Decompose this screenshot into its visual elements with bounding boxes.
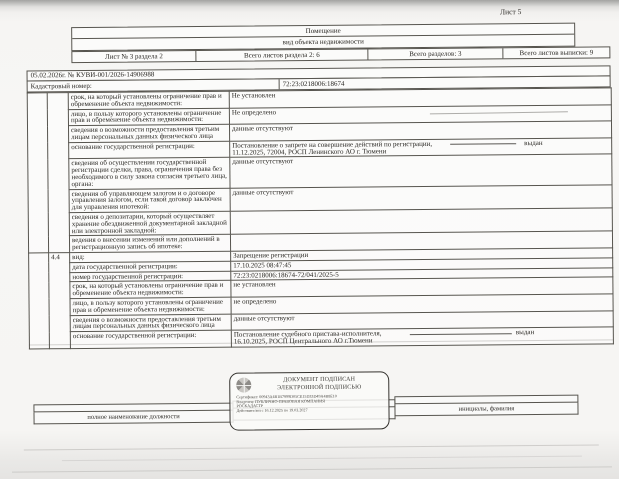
row-label: основание государственной регистрации: [70, 330, 231, 348]
position-label: полное наименование должности [33, 411, 233, 425]
row-value: данные отсутствуют [230, 154, 612, 188]
registration-table: срок, на который установлены ограничение… [27, 87, 614, 349]
scan-artifact-line [430, 111, 568, 114]
row-label: срок, на который установлены ограничение… [70, 281, 231, 299]
row-label: сведения об управляющем залогом и о дого… [69, 188, 230, 213]
section-number-cell: 4.4 [49, 253, 71, 349]
row-label: основание государственной регистрации: [69, 141, 230, 159]
row-label: лицо, в пользу которого установлены огра… [70, 297, 231, 315]
section-index-cell [27, 93, 48, 253]
scan-artifact-line [62, 456, 582, 462]
row-label: ведения о внесении изменений или дополне… [69, 235, 230, 253]
sheets-in-section: Всего листов раздела 2: 6 [196, 49, 368, 61]
row-label: сведения об осуществлении государственно… [69, 158, 230, 190]
total-sheets: Всего листов выписки: 9 [503, 47, 609, 58]
sheet-info: Лист № 3 раздела 2 [72, 51, 196, 62]
row-label: срок, на который установлены ограничение… [68, 91, 229, 109]
row-label: сведения о депозитарии, который осуществ… [69, 211, 230, 236]
section-number-cell [47, 93, 69, 253]
scan-artifact-line [12, 466, 612, 472]
roskadastr-logo-icon [236, 378, 251, 393]
stamp-validity: Действителен с 16.12.2025 по 19.03.2027 [236, 408, 382, 414]
scan-artifact-line [24, 444, 599, 450]
section-index-cell [29, 253, 50, 349]
row-value: данные отсутствуют [230, 184, 612, 211]
row-label: лицо, в пользу которого установлены огра… [68, 108, 229, 126]
scanned-document: Лист 5 Помещение вид объекта недвижимост… [0, 0, 619, 479]
row-value: Постановление судебного пристава-исполни… [231, 327, 613, 347]
row-label: сведения о возможности предоставления тр… [70, 314, 231, 332]
signature-position-block: полное наименование должности [33, 403, 233, 425]
signature-name-block: инициалы, фамилия [394, 395, 578, 417]
stamp-title: ДОКУМЕНТ ПОДПИСАН ЭЛЕКТРОННОЙ ПОДПИСЬЮ [256, 376, 382, 392]
document-page: { "page": { "sheet_label": "Лист 5" }, "… [0, 0, 619, 479]
row-value [230, 208, 612, 235]
issued-label: выдан [524, 140, 542, 147]
issued-label: выдан [516, 329, 534, 336]
sheet-number: Лист 5 [500, 7, 521, 16]
digital-signature-stamp: ДОКУМЕНТ ПОДПИСАН ЭЛЕКТРОННОЙ ПОДПИСЬЮ С… [229, 371, 390, 430]
total-sections: Всего разделов: 3 [368, 48, 503, 59]
name-label: инициалы, фамилия [394, 403, 578, 417]
stamp-details: Сертификат: 00943A4B1B7999D05CE15D33D49A… [236, 394, 382, 413]
row-label: сведения о возможности предоставления тр… [68, 124, 229, 142]
